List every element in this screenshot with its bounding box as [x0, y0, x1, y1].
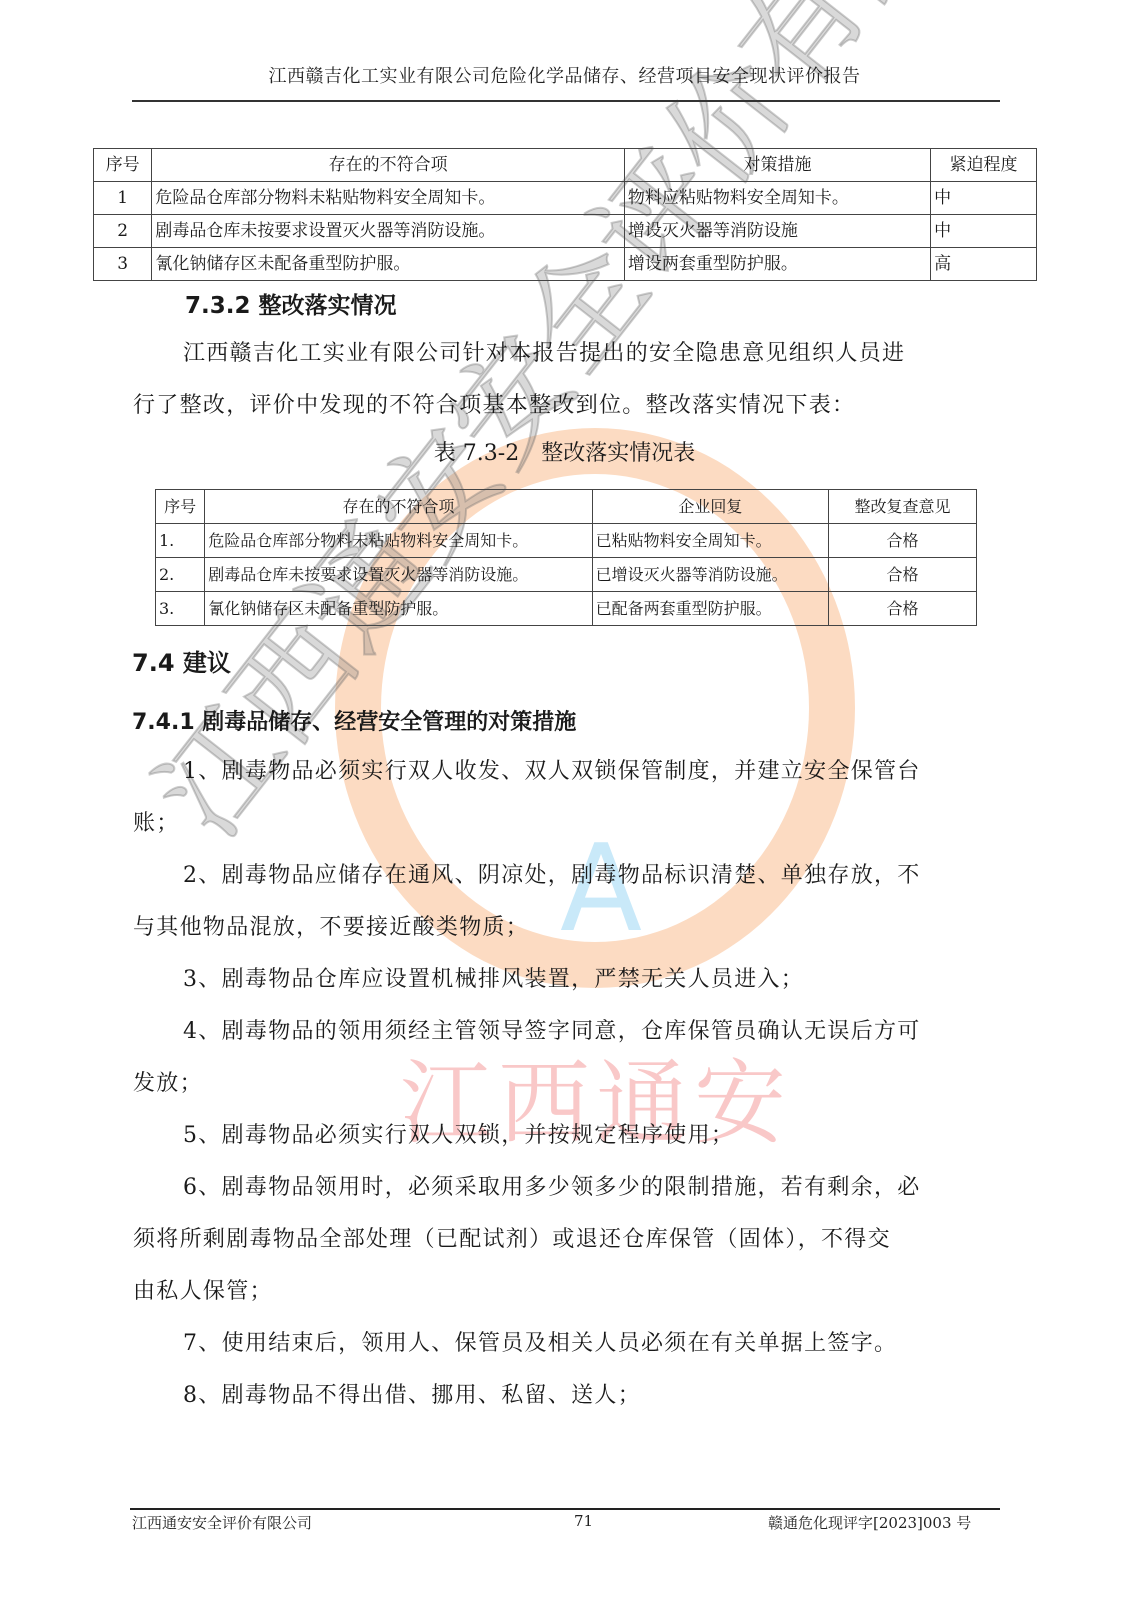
list-item: 5、剧毒物品必须实行双人双锁，并按规定程序使用； — [133, 1110, 1001, 1162]
table-row: 2. 剧毒品仓库未按要求设置灭火器等消防设施。 已增设灭火器等消防设施。 合格 — [156, 558, 977, 592]
list-item: 2、剧毒物品应储存在通风、阴凉处，剧毒物品标识清楚、单独存放，不 — [133, 850, 1001, 902]
table-header-row: 序号 存在的不符合项 对策措施 紧迫程度 — [94, 149, 1037, 182]
list-item-text: 8、剧毒物品不得出借、挪用、私留、送人； — [183, 1383, 641, 1408]
list-item-text: 5、剧毒物品必须实行双人双锁，并按规定程序使用； — [183, 1123, 734, 1148]
countermeasure-list: 1、剧毒物品必须实行双人收发、双人双锁保管制度，并建立安全保管台 账； 2、剧毒… — [133, 746, 1001, 1422]
cell-urgency: 中 — [931, 182, 1037, 215]
paragraph-text: 江西赣吉化工实业有限公司针对本报告提出的安全隐患意见组织人员进 — [183, 341, 905, 366]
table-row: 3. 氰化钠储存区未配备重型防护服。 已配备两套重型防护服。 合格 — [156, 592, 977, 626]
cell-issue: 氰化钠储存区未配备重型防护服。 — [205, 592, 592, 626]
list-item-text: 3、剧毒物品仓库应设置机械排风装置，严禁无关人员进入； — [183, 967, 804, 992]
cell-reply: 已粘贴物料安全周知卡。 — [592, 524, 828, 558]
cell-review: 合格 — [829, 558, 977, 592]
section-heading-7-3-2: 7.3.2 整改落实情况 — [185, 287, 397, 320]
cell-index: 1 — [94, 182, 152, 215]
page-number: 71 — [574, 1512, 593, 1530]
cell-index: 3. — [156, 592, 205, 626]
cell-measure: 增设两套重型防护服。 — [624, 248, 930, 281]
table-row: 2 剧毒品仓库未按要求设置灭火器等消防设施。 增设灭火器等消防设施 中 — [94, 215, 1037, 248]
table-caption: 表 7.3-2 整改落实情况表 — [0, 436, 1129, 467]
cell-issue: 剧毒品仓库未按要求设置灭火器等消防设施。 — [152, 215, 625, 248]
paragraph-text: 行了整改，评价中发现的不符合项基本整改到位。整改落实情况下表： — [133, 393, 855, 418]
cell-index: 3 — [94, 248, 152, 281]
column-header-measure: 对策措施 — [624, 149, 930, 182]
list-item-continuation: 发放； — [133, 1058, 1001, 1110]
table-row: 3 氰化钠储存区未配备重型防护服。 增设两套重型防护服。 高 — [94, 248, 1037, 281]
cell-review: 合格 — [829, 524, 977, 558]
column-header-issue: 存在的不符合项 — [152, 149, 625, 182]
footer-divider — [130, 1508, 1000, 1510]
list-item-text: 2、剧毒物品应储存在通风、阴凉处，剧毒物品标识清楚、单独存放，不 — [183, 863, 921, 888]
table-row: 1 危险品仓库部分物料未粘贴物料安全周知卡。 物料应粘贴物料安全周知卡。 中 — [94, 182, 1037, 215]
list-item-continuation: 由私人保管； — [133, 1266, 1001, 1318]
list-item-text: 7、使用结束后，领用人、保管员及相关人员必须在有关单据上签字。 — [183, 1331, 897, 1356]
list-item-text: 由私人保管； — [133, 1279, 273, 1304]
cell-review: 合格 — [829, 592, 977, 626]
cell-reply: 已增设灭火器等消防设施。 — [592, 558, 828, 592]
cell-issue: 危险品仓库部分物料未粘贴物料安全周知卡。 — [152, 182, 625, 215]
list-item-text: 6、剧毒物品领用时，必须采取用多少领多少的限制措施，若有剩余，必 — [183, 1175, 921, 1200]
footer-document-number: 赣通危化现评字[2023]003 号 — [768, 1512, 971, 1533]
cell-urgency: 高 — [931, 248, 1037, 281]
column-header-issue: 存在的不符合项 — [205, 490, 592, 524]
list-item: 7、使用结束后，领用人、保管员及相关人员必须在有关单据上签字。 — [133, 1318, 1001, 1370]
page-header-title: 江西赣吉化工实业有限公司危险化学品储存、经营项目安全现状评价报告 — [0, 62, 1129, 88]
cell-index: 1. — [156, 524, 205, 558]
cell-index: 2 — [94, 215, 152, 248]
table-header-row: 序号 存在的不符合项 企业回复 整改复查意见 — [156, 490, 977, 524]
cell-issue: 氰化钠储存区未配备重型防护服。 — [152, 248, 625, 281]
nonconformity-table: 序号 存在的不符合项 对策措施 紧迫程度 1 危险品仓库部分物料未粘贴物料安全周… — [93, 148, 1037, 281]
list-item-text: 须将所剩剧毒物品全部处理（已配试剂）或退还仓库保管（固体），不得交 — [133, 1227, 891, 1252]
table-row: 1. 危险品仓库部分物料未粘贴物料安全周知卡。 已粘贴物料安全周知卡。 合格 — [156, 524, 977, 558]
list-item-text: 账； — [133, 811, 180, 836]
column-header-review: 整改复查意见 — [829, 490, 977, 524]
cell-issue: 危险品仓库部分物料未粘贴物料安全周知卡。 — [205, 524, 592, 558]
rectification-table: 序号 存在的不符合项 企业回复 整改复查意见 1. 危险品仓库部分物料未粘贴物料… — [155, 489, 977, 626]
footer-company: 江西通安安全评价有限公司 — [132, 1512, 312, 1533]
list-item-text: 发放； — [133, 1071, 203, 1096]
list-item-text: 与其他物品混放，不要接近酸类物质； — [133, 915, 529, 940]
cell-reply: 已配备两套重型防护服。 — [592, 592, 828, 626]
column-header-index: 序号 — [94, 149, 152, 182]
list-item: 8、剧毒物品不得出借、挪用、私留、送人； — [133, 1370, 1001, 1422]
list-item: 6、剧毒物品领用时，必须采取用多少领多少的限制措施，若有剩余，必 — [133, 1162, 1001, 1214]
cell-measure: 物料应粘贴物料安全周知卡。 — [624, 182, 930, 215]
section-heading-7-4-1: 7.4.1 剧毒品储存、经营安全管理的对策措施 — [132, 705, 576, 736]
column-header-reply: 企业回复 — [592, 490, 828, 524]
column-header-urgency: 紧迫程度 — [931, 149, 1037, 182]
section-7-3-2-paragraph: 江西赣吉化工实业有限公司针对本报告提出的安全隐患意见组织人员进 行了整改，评价中… — [133, 328, 1001, 432]
list-item: 4、剧毒物品的领用须经主管领导签字同意，仓库保管员确认无误后方可 — [133, 1006, 1001, 1058]
list-item: 1、剧毒物品必须实行双人收发、双人双锁保管制度，并建立安全保管台 — [133, 746, 1001, 798]
list-item-continuation: 与其他物品混放，不要接近酸类物质； — [133, 902, 1001, 954]
section-heading-7-4: 7.4 建议 — [132, 643, 231, 678]
list-item: 3、剧毒物品仓库应设置机械排风装置，严禁无关人员进入； — [133, 954, 1001, 1006]
cell-index: 2. — [156, 558, 205, 592]
cell-urgency: 中 — [931, 215, 1037, 248]
list-item-text: 1、剧毒物品必须实行双人收发、双人双锁保管制度，并建立安全保管台 — [183, 759, 921, 784]
header-divider — [132, 100, 1000, 102]
list-item-continuation: 须将所剩剧毒物品全部处理（已配试剂）或退还仓库保管（固体），不得交 — [133, 1214, 1001, 1266]
list-item-continuation: 账； — [133, 798, 1001, 850]
column-header-index: 序号 — [156, 490, 205, 524]
cell-measure: 增设灭火器等消防设施 — [624, 215, 930, 248]
paragraph-line: 行了整改，评价中发现的不符合项基本整改到位。整改落实情况下表： — [133, 380, 1001, 432]
paragraph-line: 江西赣吉化工实业有限公司针对本报告提出的安全隐患意见组织人员进 — [133, 328, 1001, 380]
list-item-text: 4、剧毒物品的领用须经主管领导签字同意，仓库保管员确认无误后方可 — [183, 1019, 921, 1044]
cell-issue: 剧毒品仓库未按要求设置灭火器等消防设施。 — [205, 558, 592, 592]
